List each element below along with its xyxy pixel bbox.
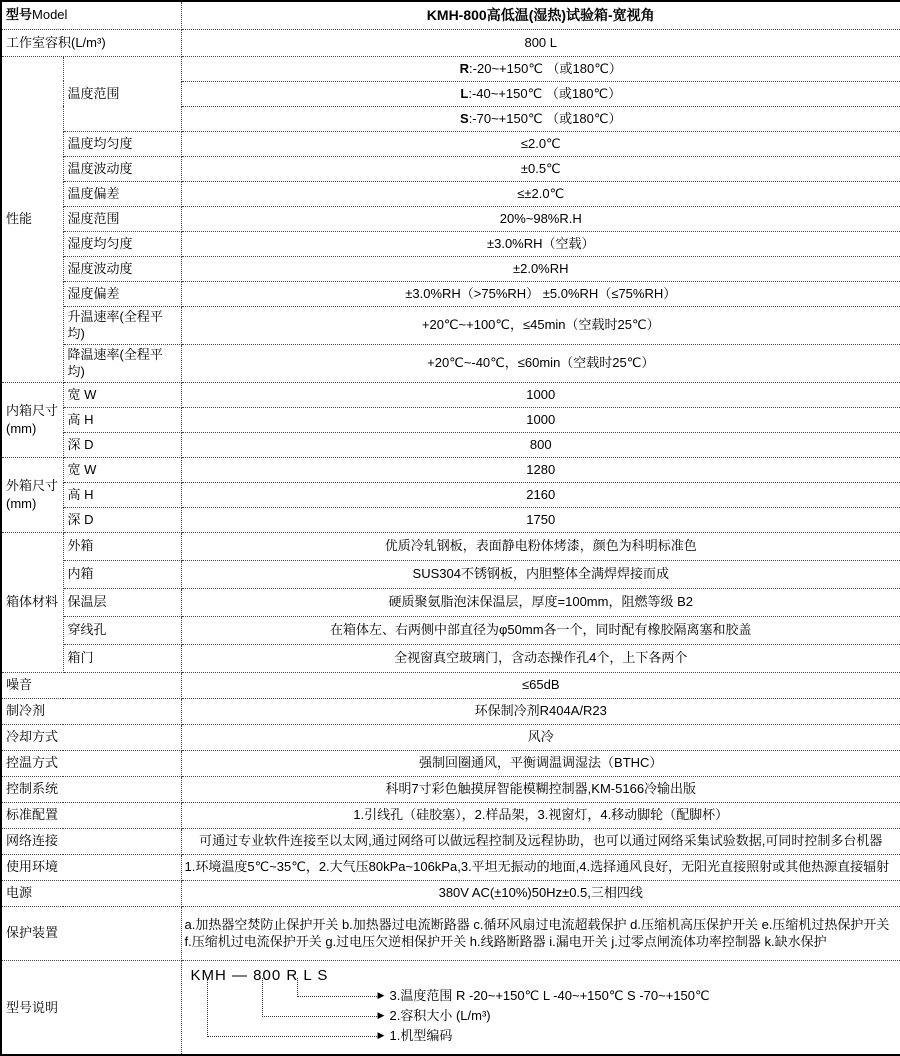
table-row: 冷却方式风冷 xyxy=(1,724,900,750)
spec-value-bold: L xyxy=(460,86,468,101)
row-label: 穿线孔 xyxy=(63,616,181,644)
spec-value: 20%~98%R.H xyxy=(181,206,900,231)
spec-value: 优质冷轧钢板，表面静电粉体烤漆，颜色为科明标准色 xyxy=(181,532,900,560)
spec-value: 可通过专业软件连接至以太网,通过网络可以做远程控制及远程协助，也可以通过网络采集… xyxy=(181,828,900,854)
table-row: 深 D1750 xyxy=(1,507,900,532)
spec-value-bold: S xyxy=(460,111,469,126)
model-code-diagram: KMH — 800 R L S▶1.机型编码▶2.容积大小 (L/m³)▶3.温… xyxy=(181,960,900,1055)
row-label: 温度范围 xyxy=(63,56,181,131)
table-row: 控制系统科明7寸彩色触摸屏智能模糊控制器,KM-5166冷输出版 xyxy=(1,776,900,802)
row-label: 湿度波动度 xyxy=(63,256,181,281)
spec-value: ±0.5℃ xyxy=(181,156,900,181)
row-label-bold: 型号 xyxy=(6,7,32,22)
table-row: 升温速率(全程平均)+20℃~+100℃，≤45min（空载时25℃） xyxy=(1,306,900,344)
section-label: 内箱尺寸 (mm) xyxy=(1,382,63,457)
row-label: 湿度均匀度 xyxy=(63,231,181,256)
row-label: 湿度偏差 xyxy=(63,281,181,306)
table-row: 工作室容积(L/m³)800 L xyxy=(1,29,900,56)
arrow-right-icon: ▶ xyxy=(378,991,385,1000)
section-label: 性能 xyxy=(1,56,63,382)
table-row: 深 D800 xyxy=(1,432,900,457)
diagram-label: 1.机型编码 xyxy=(390,1029,453,1043)
table-row: 标准配置1.引线孔（硅胶塞），2.样品架，3.视窗灯，4.移动脚轮（配脚杯） xyxy=(1,802,900,828)
spec-value: 1000 xyxy=(181,382,900,407)
row-label: 高 H xyxy=(63,407,181,432)
table-row: 湿度均匀度±3.0%RH（空载） xyxy=(1,231,900,256)
diagram-label: 3.温度范围 R -20~+150℃ L -40~+150℃ S -70~+15… xyxy=(390,989,710,1003)
row-label: 保温层 xyxy=(63,588,181,616)
spec-value: SUS304不锈钢板，内胆整体全满焊焊接而成 xyxy=(181,560,900,588)
spec-value: ±3.0%RH（空载） xyxy=(181,231,900,256)
table-row: 保护装置a.加热器空焚防止保护开关 b.加热器过电流断路器 c.循环风扇过电流超… xyxy=(1,906,900,960)
table-row: 外箱尺寸 (mm)宽 W1280 xyxy=(1,457,900,482)
table-row: 内箱SUS304不锈钢板，内胆整体全满焊焊接而成 xyxy=(1,560,900,588)
row-label: 内箱 xyxy=(63,560,181,588)
spec-value: ±2.0%RH xyxy=(181,256,900,281)
spec-value: 环保制冷剂R404A/R23 xyxy=(181,698,900,724)
row-label: 深 D xyxy=(63,507,181,532)
row-label: 工作室容积(L/m³) xyxy=(1,29,181,56)
spec-table: 型号ModelKMH-800高低温(湿热)试验箱-宽视角工作室容积(L/m³)8… xyxy=(0,0,900,1056)
row-label: 控温方式 xyxy=(1,750,181,776)
spec-value: 1750 xyxy=(181,507,900,532)
table-row: 箱门全视窗真空玻璃门，含动态操作孔4个，上下各两个 xyxy=(1,644,900,672)
table-row: 型号ModelKMH-800高低温(湿热)试验箱-宽视角 xyxy=(1,1,900,29)
table-row: 温度均匀度≤2.0℃ xyxy=(1,131,900,156)
table-row: 性能温度范围R:-20~+150℃ （或180℃） xyxy=(1,56,900,81)
spec-value: 硬质聚氨脂泡沫保温层，厚度=100mm，阻燃等级 B2 xyxy=(181,588,900,616)
spec-value: 强制回圈通风，平衡调温调湿法（BTHC） xyxy=(181,750,900,776)
row-label: 温度均匀度 xyxy=(63,131,181,156)
table-row: 保温层硬质聚氨脂泡沫保温层，厚度=100mm，阻燃等级 B2 xyxy=(1,588,900,616)
spec-value: 全视窗真空玻璃门，含动态操作孔4个，上下各两个 xyxy=(181,644,900,672)
table-row: 网络连接可通过专业软件连接至以太网,通过网络可以做远程控制及远程协助，也可以通过… xyxy=(1,828,900,854)
spec-value-bold: R xyxy=(460,61,469,76)
row-label: 升温速率(全程平均) xyxy=(63,306,181,344)
table-row: 噪音≤65dB xyxy=(1,672,900,698)
spec-value: 科明7寸彩色触摸屏智能模糊控制器,KM-5166冷输出版 xyxy=(181,776,900,802)
table-row: 高 H1000 xyxy=(1,407,900,432)
table-row: 湿度偏差±3.0%RH（>75%RH） ±5.0%RH（≤75%RH） xyxy=(1,281,900,306)
spec-value: 风冷 xyxy=(181,724,900,750)
spec-value: 1280 xyxy=(181,457,900,482)
section-label: 外箱尺寸 (mm) xyxy=(1,457,63,532)
table-row: 箱体材料外箱优质冷轧钢板，表面静电粉体烤漆，颜色为科明标准色 xyxy=(1,532,900,560)
spec-value: 1000 xyxy=(181,407,900,432)
table-row: 内箱尺寸 (mm)宽 W1000 xyxy=(1,382,900,407)
row-label: 箱门 xyxy=(63,644,181,672)
row-label: 型号说明 xyxy=(1,960,181,1055)
spec-value: 在箱体左、右两侧中部直径为φ50mm各一个，同时配有橡胶隔离塞和胶盖 xyxy=(181,616,900,644)
spec-value: 2160 xyxy=(181,482,900,507)
row-label: 高 H xyxy=(63,482,181,507)
table-row: 型号说明KMH — 800 R L S▶1.机型编码▶2.容积大小 (L/m³)… xyxy=(1,960,900,1055)
row-label: 湿度范围 xyxy=(63,206,181,231)
row-label: 宽 W xyxy=(63,457,181,482)
spec-value: ≤2.0℃ xyxy=(181,131,900,156)
row-label: 使用环境 xyxy=(1,854,181,880)
row-label: 型号Model xyxy=(1,1,181,29)
table-row: 降温速率(全程平均)+20℃~-40℃，≤60min（空载时25℃） xyxy=(1,344,900,382)
table-row: 穿线孔在箱体左、右两侧中部直径为φ50mm各一个，同时配有橡胶隔离塞和胶盖 xyxy=(1,616,900,644)
row-label: 降温速率(全程平均) xyxy=(63,344,181,382)
table-row: 温度波动度±0.5℃ xyxy=(1,156,900,181)
spec-value: 800 xyxy=(181,432,900,457)
row-label: 控制系统 xyxy=(1,776,181,802)
spec-value: +20℃~-40℃，≤60min（空载时25℃） xyxy=(181,344,900,382)
spec-value: 1.引线孔（硅胶塞），2.样品架，3.视窗灯，4.移动脚轮（配脚杯） xyxy=(181,802,900,828)
arrow-right-icon: ▶ xyxy=(378,1031,385,1040)
diagram-label: 2.容积大小 (L/m³) xyxy=(390,1009,491,1023)
spec-value: ≤65dB xyxy=(181,672,900,698)
spec-value: +20℃~+100℃，≤45min（空载时25℃） xyxy=(181,306,900,344)
table-row: 制冷剂环保制冷剂R404A/R23 xyxy=(1,698,900,724)
row-label: 温度波动度 xyxy=(63,156,181,181)
row-label: 深 D xyxy=(63,432,181,457)
row-label: 外箱 xyxy=(63,532,181,560)
spec-value: 800 L xyxy=(181,29,900,56)
spec-value: 1.环境温度5℃~35℃，2.大气压80kPa~106kPa,3.平坦无振动的地… xyxy=(181,854,900,880)
spec-value: ≤±2.0℃ xyxy=(181,181,900,206)
row-label: 宽 W xyxy=(63,382,181,407)
table-row: 高 H2160 xyxy=(1,482,900,507)
spec-value: a.加热器空焚防止保护开关 b.加热器过电流断路器 c.循环风扇过电流超载保护 … xyxy=(181,906,900,960)
arrow-right-icon: ▶ xyxy=(378,1011,385,1020)
spec-sheet: 型号ModelKMH-800高低温(湿热)试验箱-宽视角工作室容积(L/m³)8… xyxy=(0,0,900,1056)
row-label: 标准配置 xyxy=(1,802,181,828)
spec-value: L:-40~+150℃ （或180℃） xyxy=(181,81,900,106)
table-row: 使用环境1.环境温度5℃~35℃，2.大气压80kPa~106kPa,3.平坦无… xyxy=(1,854,900,880)
section-label: 箱体材料 xyxy=(1,532,63,672)
spec-value: S:-70~+150℃ （或180℃） xyxy=(181,106,900,131)
table-row: 温度偏差≤±2.0℃ xyxy=(1,181,900,206)
row-label: 网络连接 xyxy=(1,828,181,854)
table-row: 电源380V AC(±10%)50Hz±0.5,三相四线 xyxy=(1,880,900,906)
connector-line xyxy=(297,978,381,997)
row-label: 保护装置 xyxy=(1,906,181,960)
row-label: 电源 xyxy=(1,880,181,906)
row-label: 温度偏差 xyxy=(63,181,181,206)
row-label: 噪音 xyxy=(1,672,181,698)
row-label: 制冷剂 xyxy=(1,698,181,724)
spec-value: KMH-800高低温(湿热)试验箱-宽视角 xyxy=(181,1,900,29)
spec-value: 380V AC(±10%)50Hz±0.5,三相四线 xyxy=(181,880,900,906)
table-row: 湿度波动度±2.0%RH xyxy=(1,256,900,281)
spec-value: R:-20~+150℃ （或180℃） xyxy=(181,56,900,81)
table-row: 控温方式强制回圈通风，平衡调温调湿法（BTHC） xyxy=(1,750,900,776)
spec-value: ±3.0%RH（>75%RH） ±5.0%RH（≤75%RH） xyxy=(181,281,900,306)
row-label: 冷却方式 xyxy=(1,724,181,750)
table-row: 湿度范围20%~98%R.H xyxy=(1,206,900,231)
